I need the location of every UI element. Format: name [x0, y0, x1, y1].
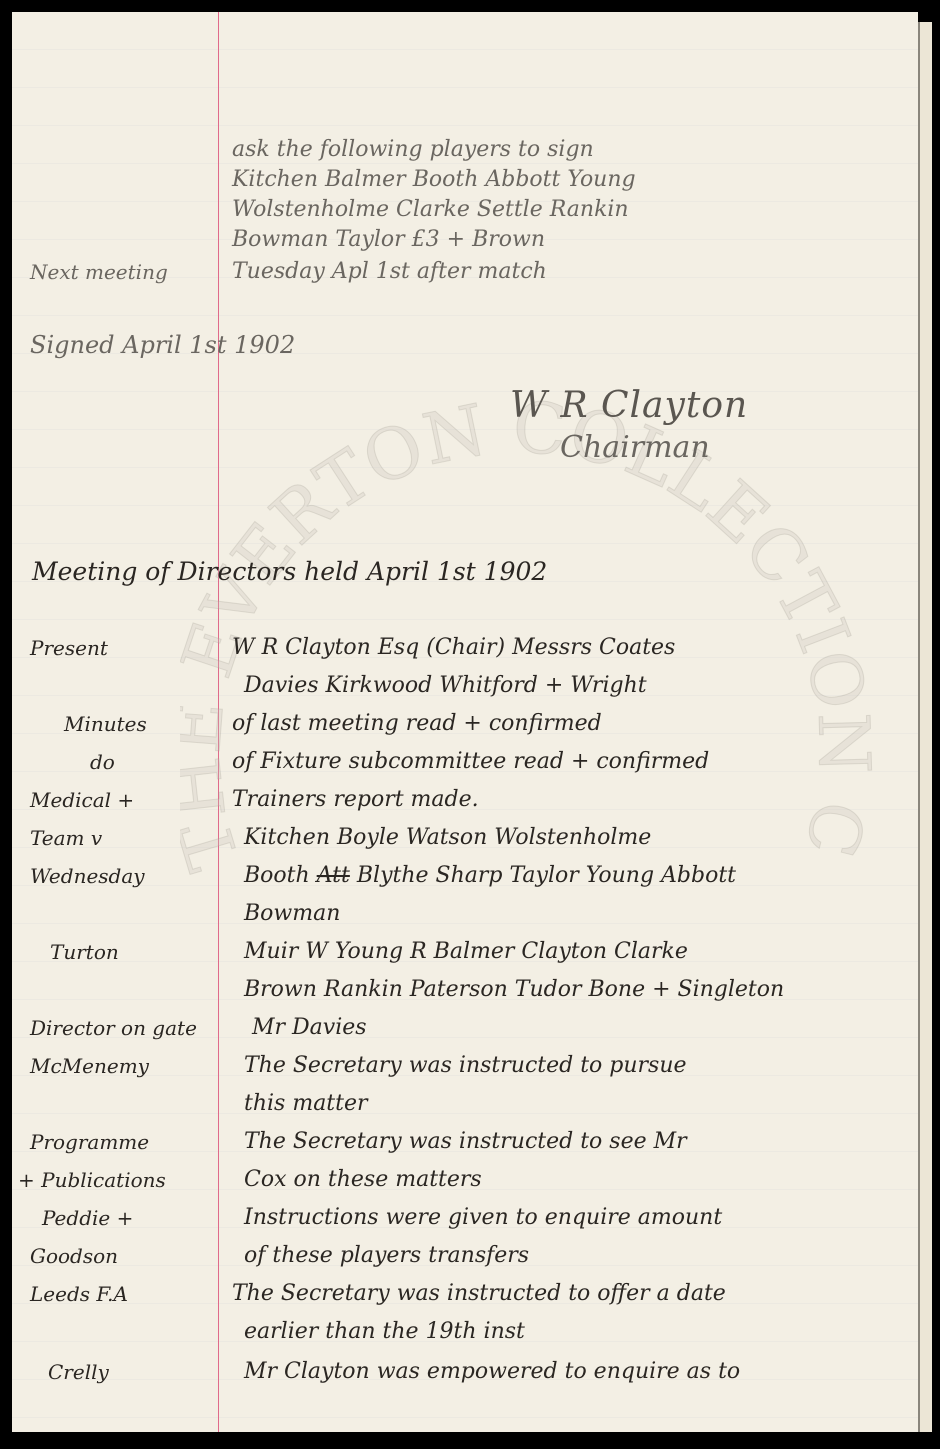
entry-goodson: Goodson of these players transfers — [12, 1236, 918, 1276]
chairman-title: Chairman — [560, 430, 710, 465]
chairman-signature: W R Clayton — [510, 385, 748, 426]
signed-row: Signed April 1st 1902 — [12, 325, 918, 365]
entry-peddie: Peddie + Instructions were given to enqu… — [12, 1198, 918, 1238]
next-meeting-label: Next meeting — [30, 252, 220, 292]
entry-programme: Programme The Secretary was instructed t… — [12, 1122, 918, 1162]
entry-medical: Medical + Trainers report made. — [12, 780, 918, 820]
entry-mcmenemy-cont: this matter — [12, 1084, 918, 1124]
entry-turton-cont: Brown Rankin Paterson Tudor Bone + Singl… — [12, 970, 918, 1010]
entry-publications: + Publications Cox on these matters — [12, 1160, 918, 1200]
entry-bowman: Bowman — [12, 894, 918, 934]
entry-leeds-fa-cont: earlier than the 19th inst — [12, 1312, 918, 1352]
entry-team: Team v Kitchen Boyle Watson Wolstenholme — [12, 818, 918, 858]
entry-minutes: Minutes of last meeting read + confirmed — [12, 704, 918, 744]
meeting-heading-row: Meeting of Directors held April 1st 1902 — [12, 552, 918, 592]
next-meeting-row: Next meeting Tuesday Apl 1st after match — [12, 252, 918, 292]
entry-present: Present W R Clayton Esq (Chair) Messrs C… — [12, 628, 918, 668]
entry-director-on-gate: Director on gate Mr Davies — [12, 1008, 918, 1048]
next-meeting-text: Tuesday Apl 1st after match — [232, 252, 547, 292]
entry-present-cont: Davies Kirkwood Whitford + Wright — [12, 666, 918, 706]
entry-mcmenemy: McMenemy The Secretary was instructed to… — [12, 1046, 918, 1086]
entry-do: do of Fixture subcommittee read + confir… — [12, 742, 918, 782]
entry-leeds-fa: Leeds F.A The Secretary was instructed t… — [12, 1274, 918, 1314]
entry-turton: Turton Muir W Young R Balmer Clayton Cla… — [12, 932, 918, 972]
meeting-heading: Meeting of Directors held April 1st 1902 — [32, 552, 547, 592]
page-edge — [918, 22, 932, 1432]
entry-crelly: Crelly Mr Clayton was empowered to enqui… — [12, 1352, 918, 1392]
entry-wednesday: Wednesday Booth Att Blythe Sharp Taylor … — [12, 856, 918, 896]
signed-date: Signed April 1st 1902 — [30, 325, 220, 365]
struck-text: Att — [317, 863, 350, 888]
